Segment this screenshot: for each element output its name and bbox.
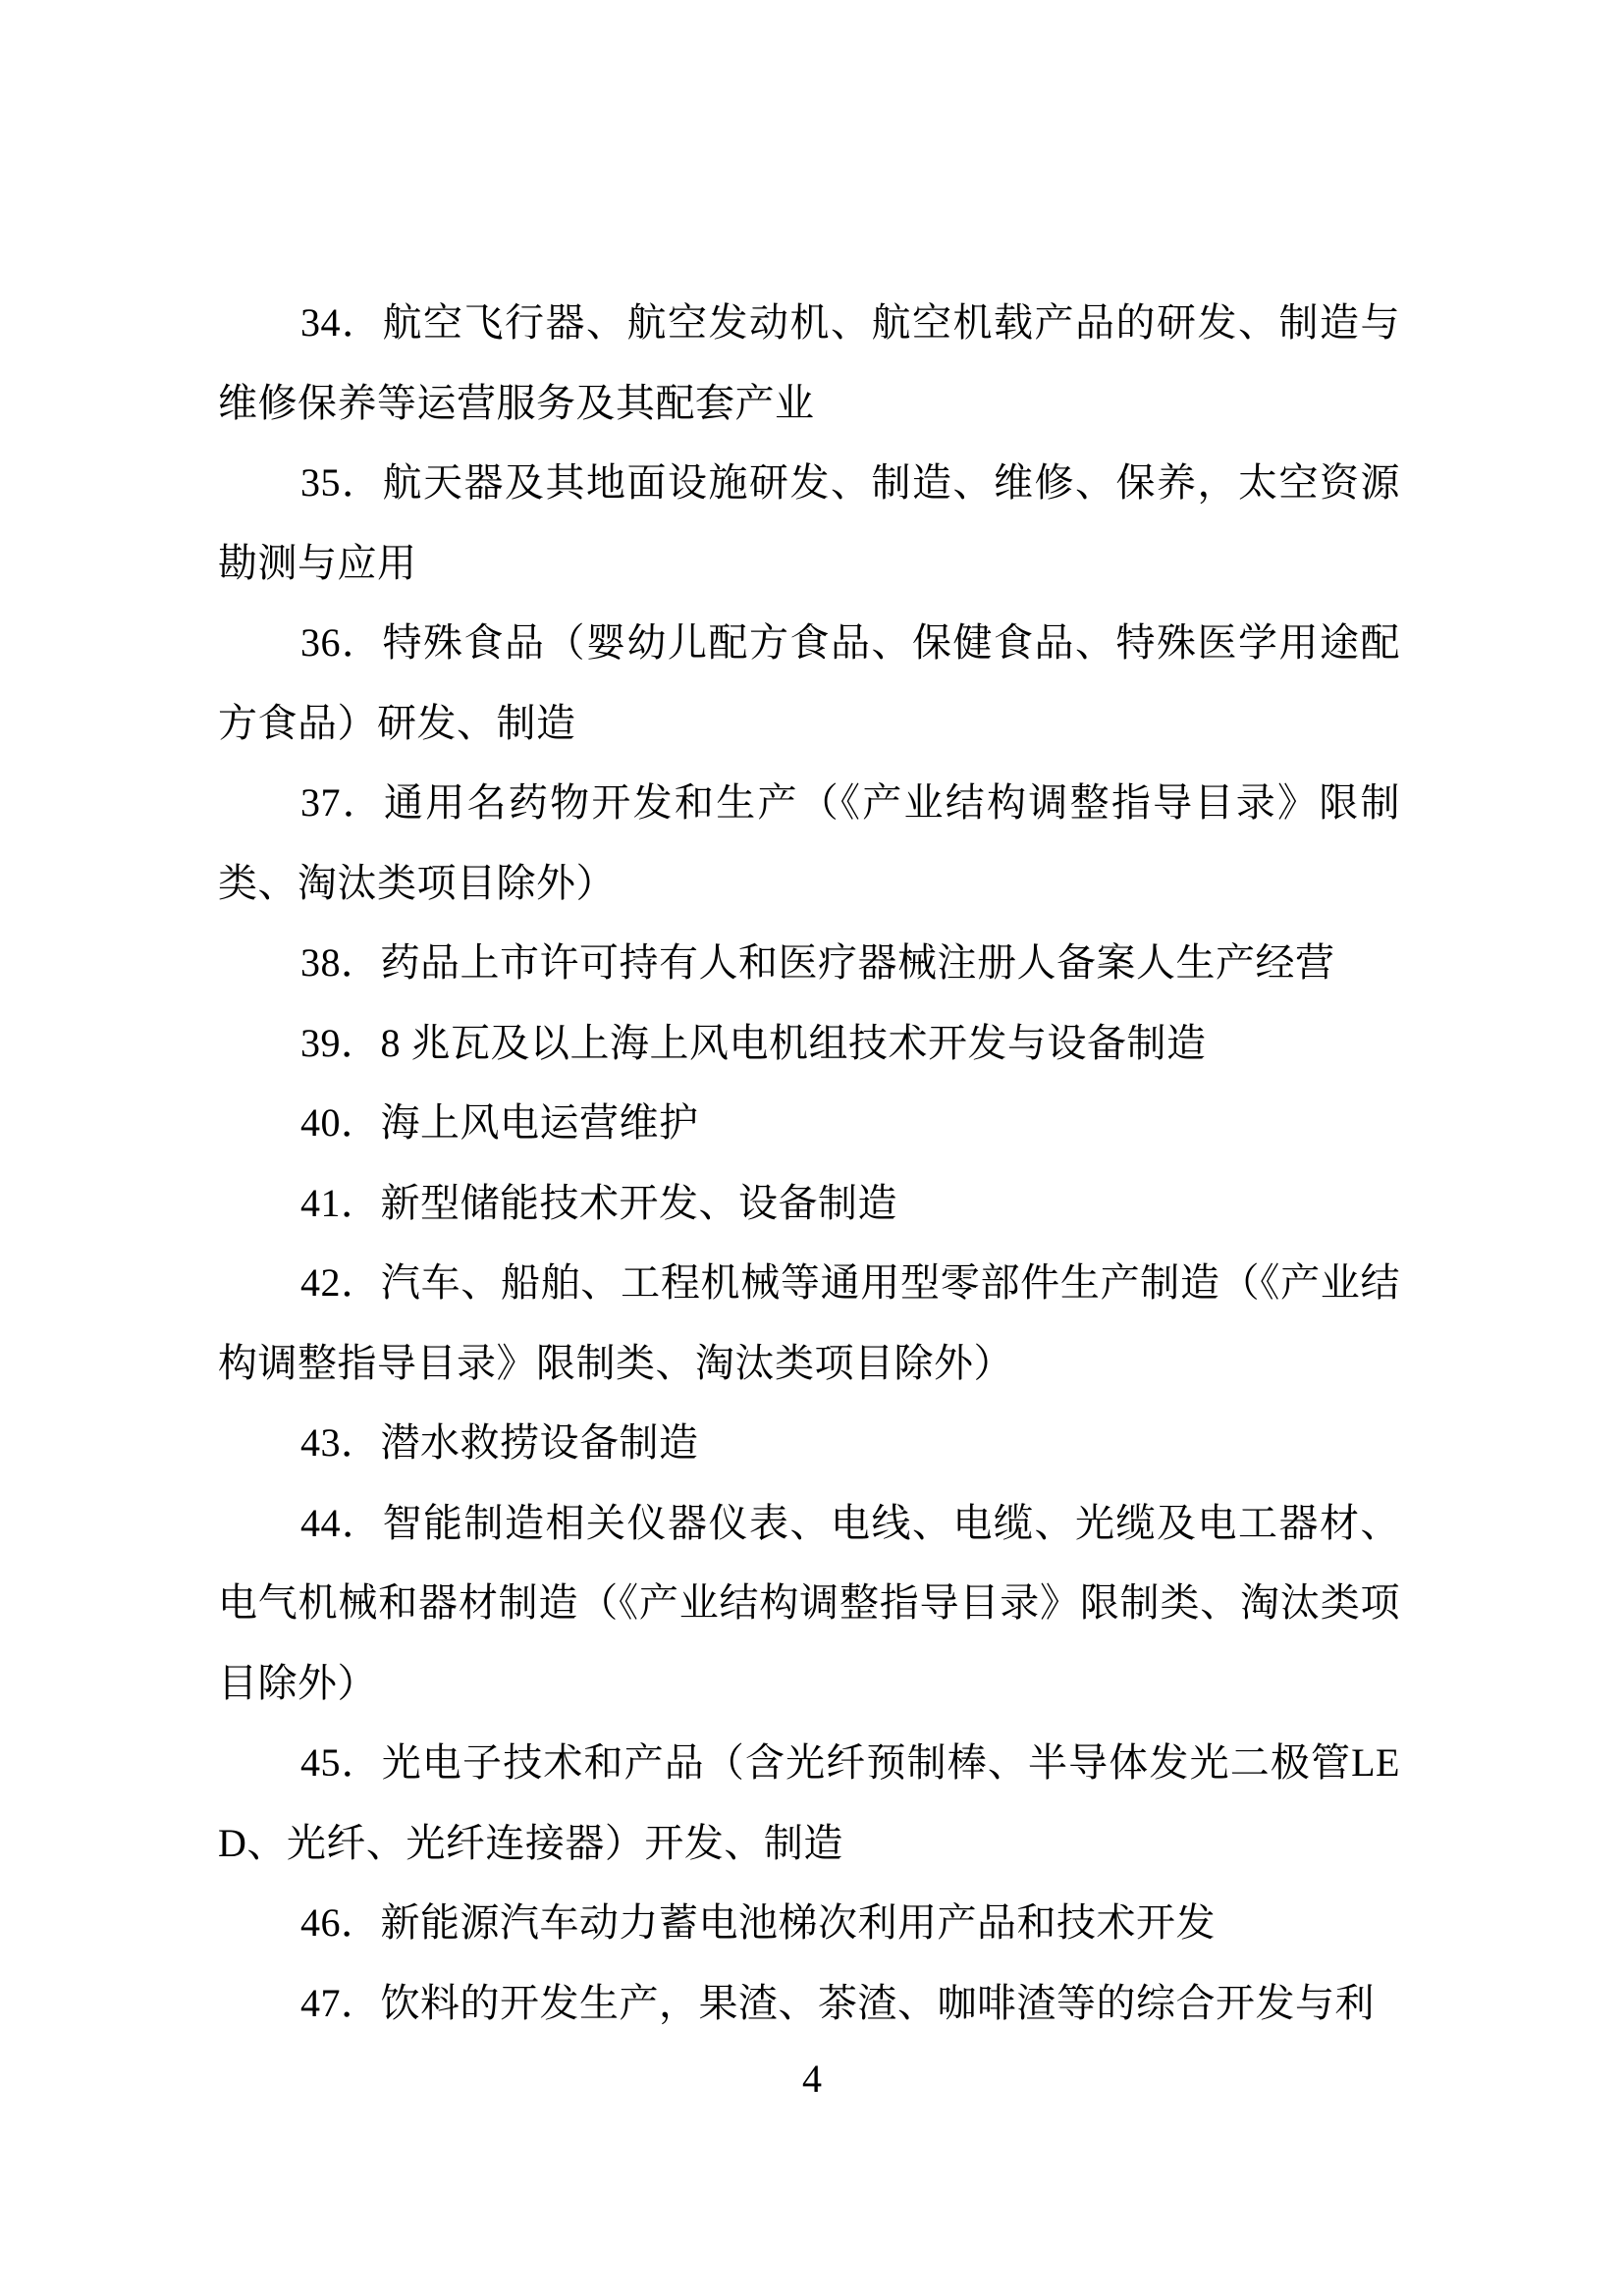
list-item-41: 41．新型储能技术开发、设备制造 [218,1163,1400,1244]
list-item-43: 43．潜水救捞设备制造 [218,1403,1400,1483]
list-item-36: 36．特殊食品（婴幼儿配方食品、保健食品、特殊医学用途配方食品）研发、制造 [218,603,1400,763]
list-item-34: 34．航空飞行器、航空发动机、航空机载产品的研发、制造与维修保养等运营服务及其配… [218,283,1400,443]
list-item-35: 35．航天器及其地面设施研发、制造、维修、保养，太空资源勘测与应用 [218,443,1400,603]
list-item-39: 39．8 兆瓦及以上海上风电机组技术开发与设备制造 [218,1003,1400,1084]
list-item-46: 46．新能源汽车动力蓄电池梯次利用产品和技术开发 [218,1883,1400,1963]
list-item-45: 45．光电子技术和产品（含光纤预制棒、半导体发光二极管LED、光纤、光纤连接器）… [218,1723,1400,1883]
item-list: 34．航空飞行器、航空发动机、航空机载产品的研发、制造与维修保养等运营服务及其配… [218,283,1400,2043]
list-item-44: 44．智能制造相关仪器仪表、电线、电缆、光缆及电工器材、电气机械和器材制造（《产… [218,1483,1400,1724]
page-number: 4 [0,2059,1624,2099]
list-item-47: 47．饮料的开发生产，果渣、茶渣、咖啡渣等的综合开发与利 [218,1963,1400,2044]
list-item-40: 40．海上风电运营维护 [218,1083,1400,1163]
list-item-37: 37．通用名药物开发和生产（《产业结构调整指导目录》限制类、淘汰类项目除外） [218,763,1400,923]
list-item-42: 42．汽车、船舶、工程机械等通用型零部件生产制造（《产业结构调整指导目录》限制类… [218,1243,1400,1403]
document-page: 34．航空飞行器、航空发动机、航空机载产品的研发、制造与维修保养等运营服务及其配… [0,0,1624,2296]
list-item-38: 38．药品上市许可持有人和医疗器械注册人备案人生产经营 [218,923,1400,1003]
